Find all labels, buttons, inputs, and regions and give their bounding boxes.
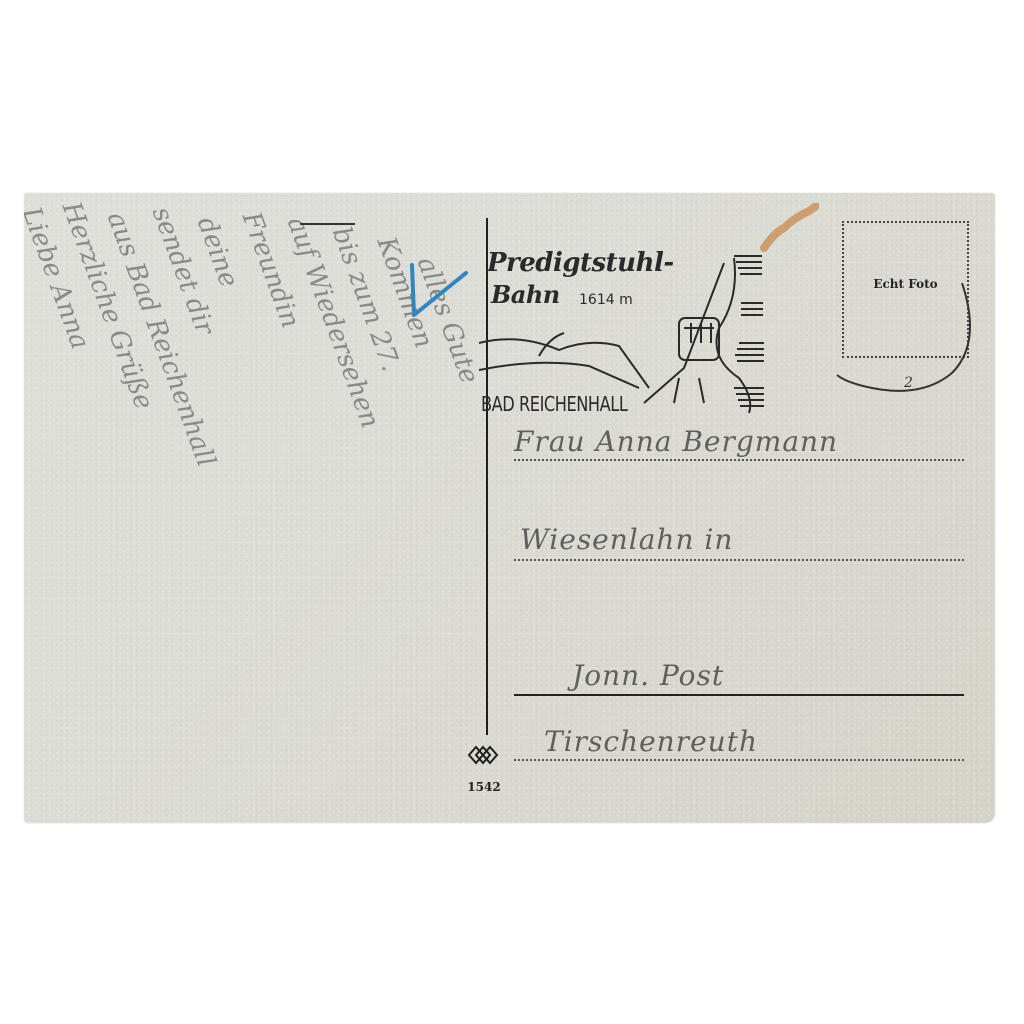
city-label: BAD REICHENHALL [481, 392, 627, 416]
interlaced-diamond-logo [467, 744, 499, 766]
address-town: Jonn. Post [572, 659, 724, 692]
address-line-3 [514, 694, 964, 696]
rust-stain [759, 203, 819, 253]
address-street: Wiesenlahn in [520, 523, 733, 556]
postmark-arc: 2 [832, 283, 982, 403]
postcard-back: Liebe Anna Herzliche Grüße aus Bad Reich… [24, 193, 995, 823]
address-line-4 [514, 759, 964, 761]
serial-number: 1542 [464, 780, 504, 794]
cancellation-stamp: Predigtstuhl- Bahn 1614 m BAD REICHENHAL… [479, 238, 789, 418]
address-region: Tirschenreuth [544, 725, 758, 758]
address-line-2 [514, 559, 964, 561]
altitude-label: 1614 m [579, 292, 633, 308]
cancel-line2: Bahn [491, 280, 560, 309]
cancel-line1: Predigtstuhl- [487, 248, 674, 278]
svg-text:2: 2 [903, 375, 913, 391]
checkmark-icon [404, 253, 474, 333]
address-line-1 [514, 459, 964, 461]
address-recipient: Frau Anna Bergmann [514, 425, 838, 458]
ink-dash [300, 223, 355, 225]
